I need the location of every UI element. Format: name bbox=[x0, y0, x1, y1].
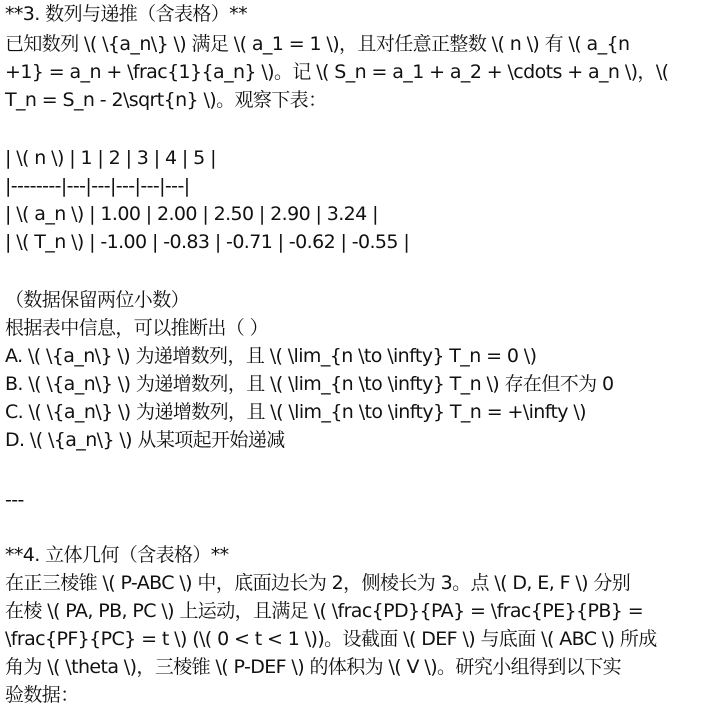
q3-option-c: C. \( \{a_n\} \) 为递增数列，且 \( \lim_{n \to … bbox=[5, 398, 586, 426]
q3-option-a: A. \( \{a_n\} \) 为递增数列，且 \( \lim_{n \to … bbox=[5, 342, 536, 370]
q4-heading: **4. 立体几何（含表格）** bbox=[5, 541, 229, 569]
table-row-a-n: | \( a_n \) | 1.00 | 2.00 | 2.50 | 2.90 … bbox=[5, 200, 378, 228]
table-header-row: | \( n \) | 1 | 2 | 3 | 4 | 5 | bbox=[5, 144, 216, 172]
document-page: **3. 数列与递推（含表格）** 已知数列 \( \{a_n\} \) 满足 … bbox=[0, 0, 728, 726]
q3-stem-line-1: 已知数列 \( \{a_n\} \) 满足 \( a_1 = 1 \)，且对任意… bbox=[5, 30, 629, 58]
q4-stem-line-1: 在正三棱锥 \( P-ABC \) 中，底面边长为 2，侧棱长为 3。点 \( … bbox=[5, 569, 630, 597]
q3-option-b: B. \( \{a_n\} \) 为递增数列，且 \( \lim_{n \to … bbox=[5, 370, 613, 398]
table-separator-row: |--------|---|---|---|---|---| bbox=[5, 172, 190, 200]
q3-note: （数据保留两位小数） bbox=[5, 286, 189, 314]
section-separator: --- bbox=[5, 486, 24, 514]
q4-stem-line-5: 验数据： bbox=[5, 681, 79, 709]
q3-option-d: D. \( \{a_n\} \) 从某项起开始递减 bbox=[5, 426, 285, 454]
q4-stem-line-3: \frac{PF}{PC} = t \) (\( 0 < t < 1 \))。设… bbox=[5, 625, 657, 653]
q3-question: 根据表中信息，可以推断出（ ） bbox=[5, 314, 268, 342]
q3-stem-line-2: +1} = a_n + \frac{1}{a_n} \)。记 \( S_n = … bbox=[5, 58, 668, 86]
q4-stem-line-4: 角为 \( \theta \)，三棱锥 \( P-DEF \) 的体积为 \( … bbox=[5, 653, 621, 681]
q3-heading: **3. 数列与递推（含表格）** bbox=[5, 0, 247, 28]
table-row-t-n: | \( T_n \) | -1.00 | -0.83 | -0.71 | -0… bbox=[5, 228, 409, 256]
q4-stem-line-2: 在棱 \( PA, PB, PC \) 上运动，且满足 \( \frac{PD}… bbox=[5, 597, 643, 625]
q3-stem-line-3: T_n = S_n - 2\sqrt{n} \)。观察下表： bbox=[5, 86, 326, 114]
